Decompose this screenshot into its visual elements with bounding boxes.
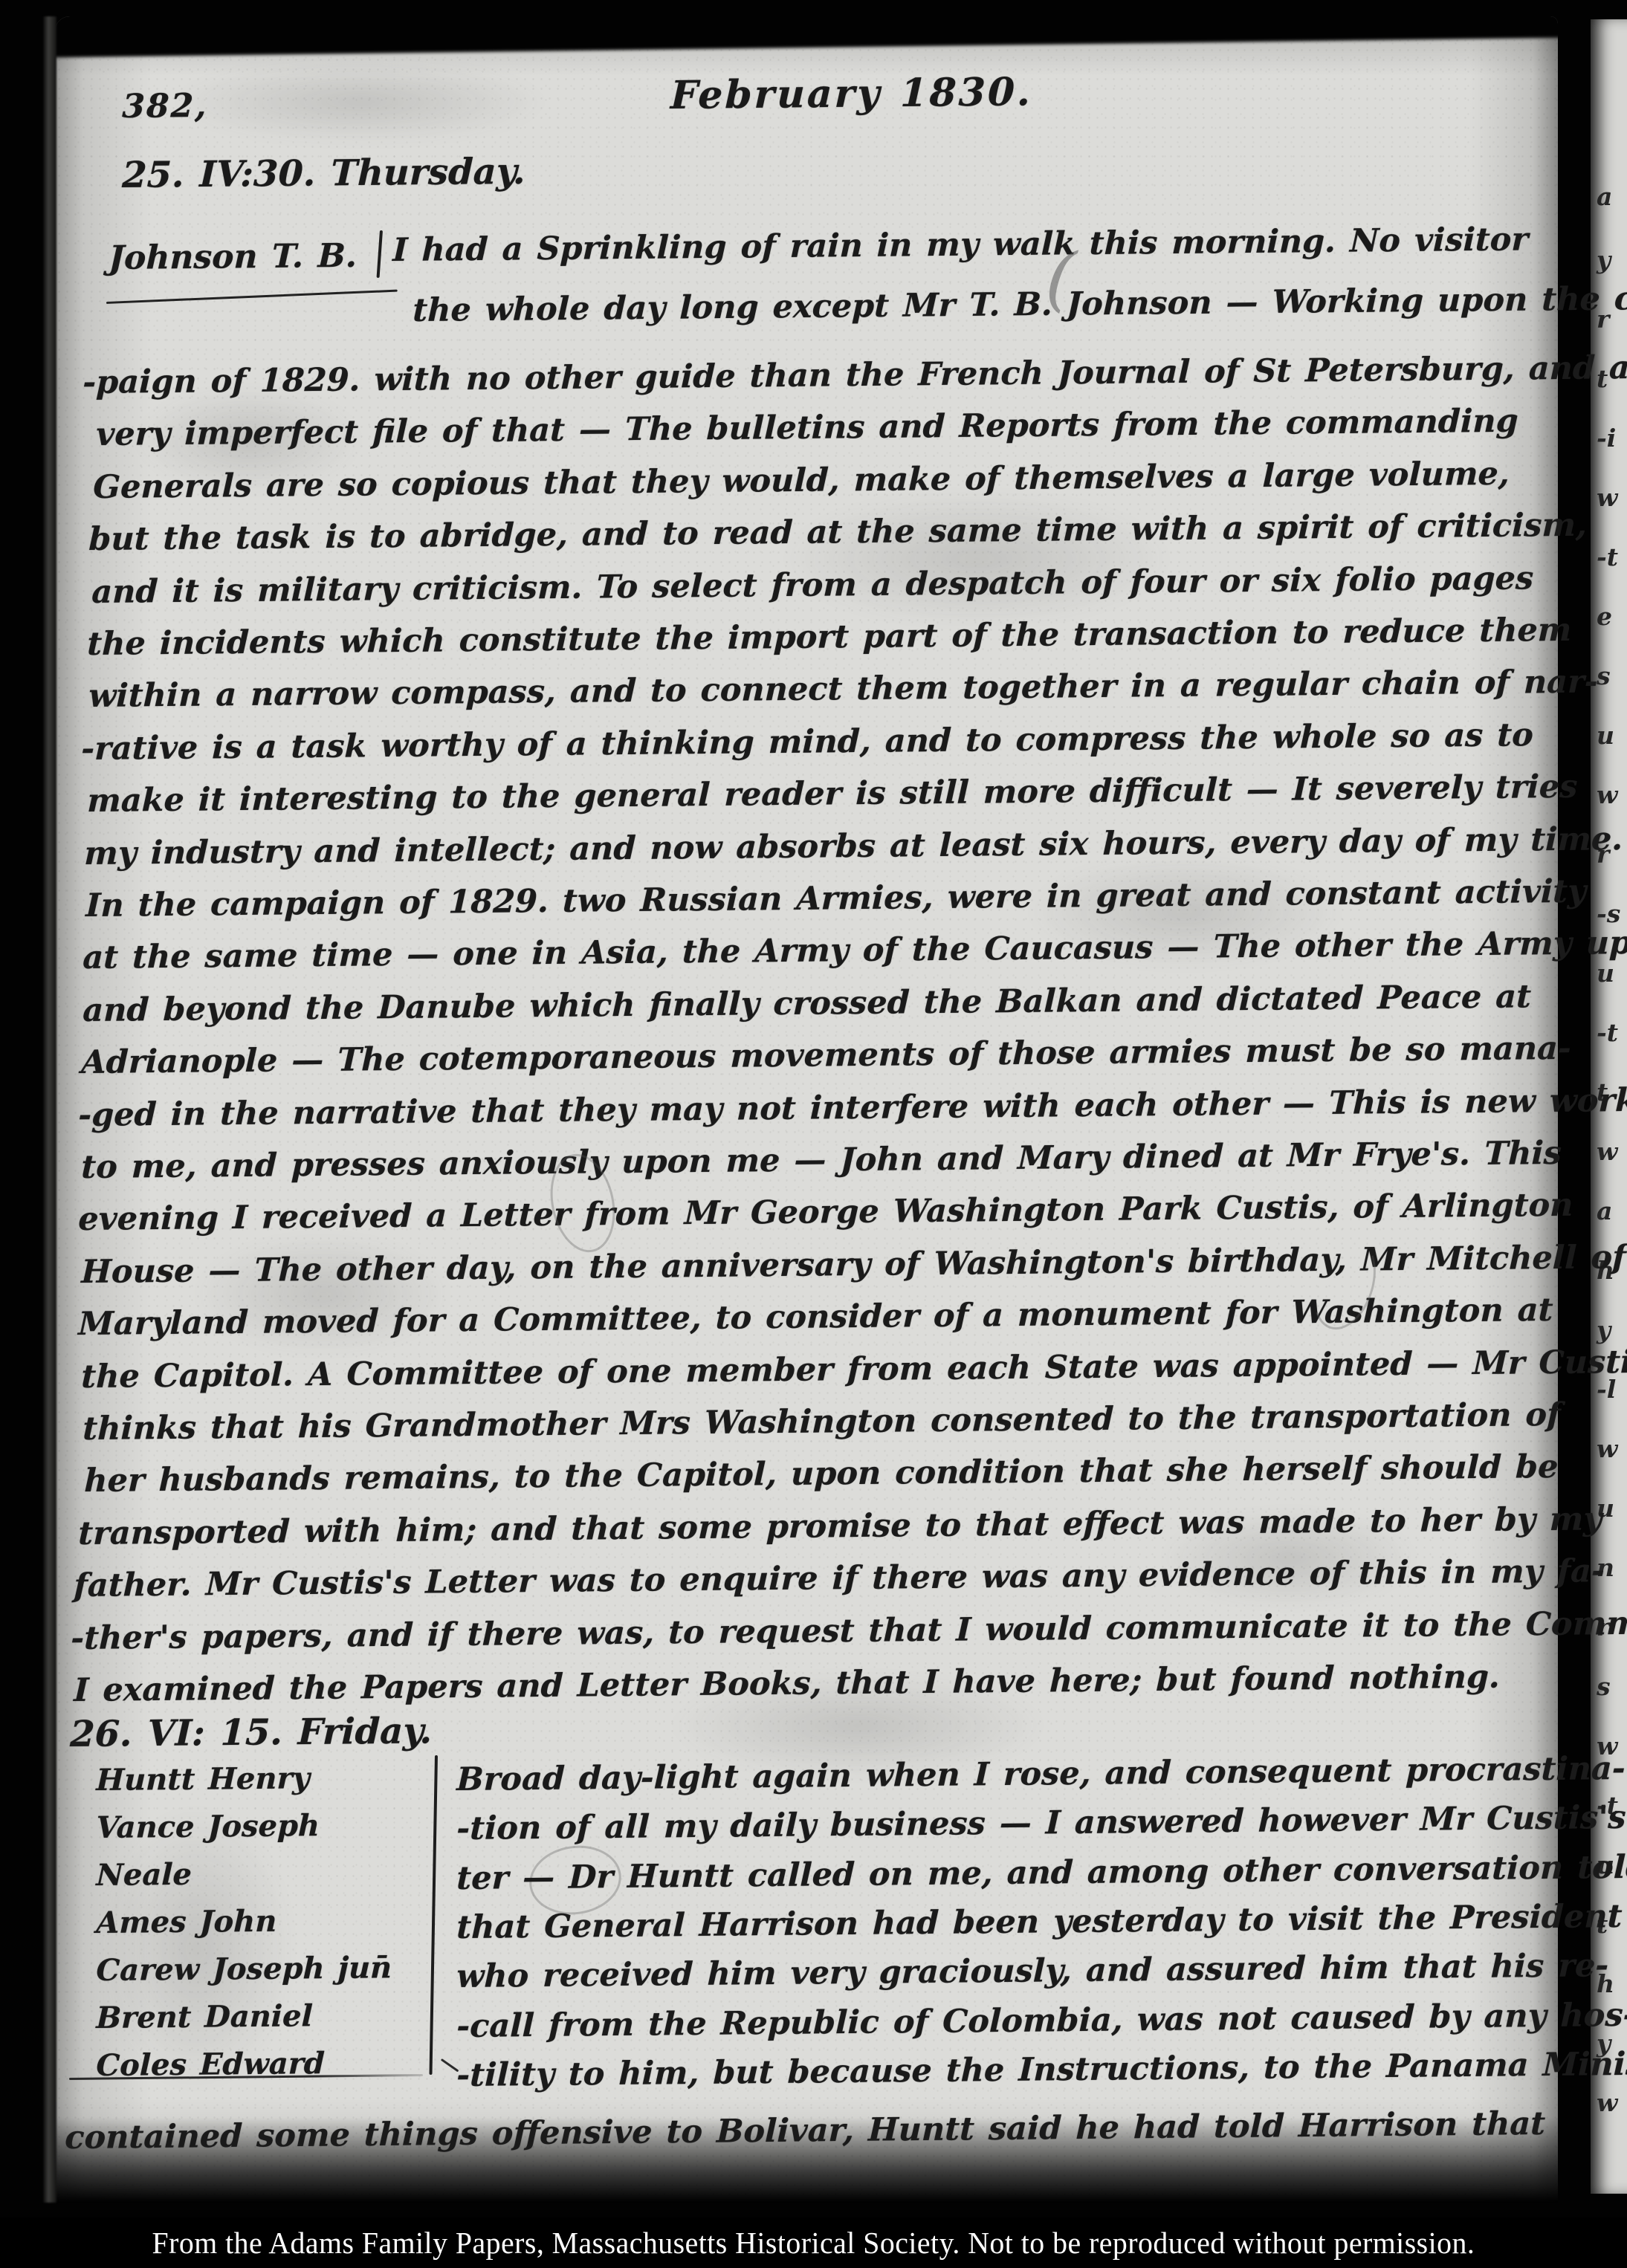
facing-line-fragment: y [1597,245,1611,274]
facing-line-fragment: u [1597,721,1614,750]
visitor-name: Vance Joseph [96,1808,320,1845]
paper-stain [174,61,546,143]
entry-date-heading-thursday: 25. IV:30. Thursday. [122,151,526,196]
month-header: February 1830. [670,69,1032,118]
facing-line-fragment: a [1597,1196,1612,1225]
visitor-name: Neale [96,1857,193,1893]
facing-line-fragment: -t [1597,1018,1618,1047]
entry-date-heading-friday: 26. VI: 15. Friday. [70,1710,433,1755]
facing-line-fragment: s [1597,1672,1611,1701]
facing-line-fragment: -i [1597,424,1616,453]
facing-line-fragment: w [1597,1137,1617,1166]
footer-credit-bar: From the Adams Family Papers, Massachuse… [0,2217,1627,2268]
visitor-name: Carew Joseph jun̄ [96,1950,392,1988]
page-number: 382, [122,87,208,126]
facing-line-fragment: y [1597,1315,1611,1344]
footer-credit-text: From the Adams Family Papers, Massachuse… [152,2225,1475,2261]
manuscript-scan: ayrt-iw-tesuwr-su-ttwahy-lwunrsw-tuthyw … [0,0,1627,2268]
facing-line-fragment: -s [1597,899,1620,928]
visitor-name: Ames John [96,1904,277,1940]
facing-line-fragment: w [1597,2088,1617,2117]
facing-line-fragment: s [1597,661,1611,690]
facing-line-fragment: e [1597,602,1612,631]
facing-line-fragment: a [1597,182,1612,211]
facing-line-fragment: u [1597,959,1614,988]
facing-line-fragment: -t [1597,542,1618,571]
facing-line-fragment: w [1597,1434,1617,1463]
facing-line-fragment: w [1597,780,1617,809]
left-page-edge [43,16,56,2203]
visitor-name: Brent Daniel [96,1998,314,2035]
page-top-edge [55,16,1558,57]
facing-line-fragment: w [1597,483,1617,512]
margin-visitor-note: Johnson T. B. [109,237,358,277]
visitor-name: Huntt Henry [96,1760,311,1798]
